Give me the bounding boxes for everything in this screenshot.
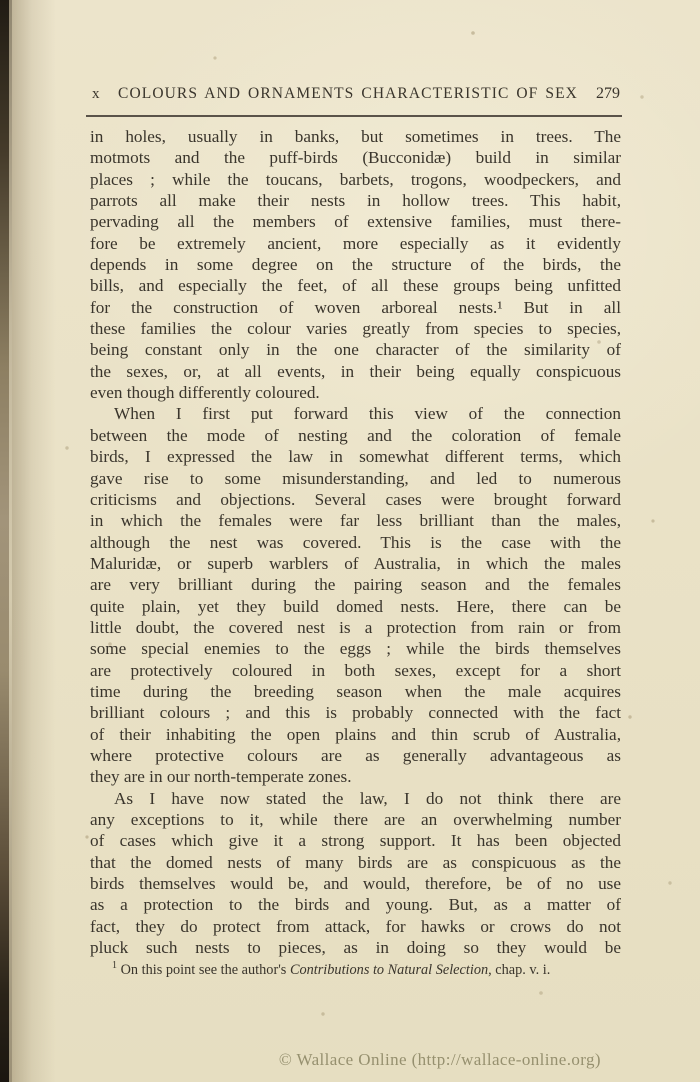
text-line: bills, and especially the feet, of all t…: [90, 275, 621, 296]
text-line: for the construction of woven arboreal n…: [90, 297, 621, 318]
text-line: motmots and the puff-birds (Bucconidæ) b…: [90, 147, 621, 168]
text-line: although the nest was covered. This is t…: [90, 532, 621, 553]
text-line: quite plain, yet they build domed nests.…: [90, 596, 621, 617]
paper-specks: [0, 0, 2, 2]
text-line: some special enemies to the eggs ; while…: [90, 638, 621, 659]
text-line: even though differently coloured.: [90, 382, 621, 403]
text-line: that the domed nests of many birds are a…: [90, 852, 621, 873]
book-binding-edge: [0, 0, 9, 1082]
text-line: criticisms and objections. Several cases…: [90, 489, 621, 510]
text-line: brilliant colours ; and this is probably…: [90, 702, 621, 723]
scanned-book-page: x COLOURS AND ORNAMENTS CHARACTERISTIC O…: [0, 0, 700, 1082]
chapter-numeral: x: [92, 86, 100, 103]
text-line: as a protection to the birds and young. …: [90, 894, 621, 915]
text-line: pervading all the members of extensive f…: [90, 211, 621, 232]
text-line: where protective colours are as generall…: [90, 745, 621, 766]
text-line: the sexes, or, at all events, in their b…: [90, 361, 621, 382]
text-line: in which the females were far less brill…: [90, 510, 621, 531]
footnote-work-title: Contributions to Natural Selection: [290, 962, 488, 978]
text-line: birds, I expressed the law in somewhat d…: [90, 446, 621, 467]
text-line: When I first put forward this view of th…: [90, 403, 621, 424]
text-line: time during the breeding season when the…: [90, 681, 621, 702]
text-line: fore be extremely ancient, more especial…: [90, 233, 621, 254]
text-line: gave rise to some misunderstanding, and …: [90, 468, 621, 489]
text-line: being constant only in the one character…: [90, 339, 621, 360]
text-line: birds themselves would be, and would, th…: [90, 873, 621, 894]
text-line: of cases which give it a strong support.…: [90, 830, 621, 851]
text-line: between the mode of nesting and the colo…: [90, 425, 621, 446]
text-line: any exceptions to it, while there are an…: [90, 809, 621, 830]
text-line: of their inhabiting the open plains and …: [90, 724, 621, 745]
text-line: As I have now stated the law, I do not t…: [90, 788, 621, 809]
body-text: in holes, usually in banks, but sometime…: [90, 126, 621, 958]
text-line: in holes, usually in banks, but sometime…: [90, 126, 621, 147]
text-line: are very brilliant during the pairing se…: [90, 574, 621, 595]
text-line: they are in our north-temperate zones.: [90, 766, 621, 787]
page-number: 279: [596, 85, 620, 103]
text-line: depends in some degree on the structure …: [90, 254, 621, 275]
text-line: are protectively coloured in both sexes,…: [90, 660, 621, 681]
running-title: COLOURS AND ORNAMENTS CHARACTERISTIC OF …: [100, 85, 596, 103]
text-line: little doubt, the covered nest is a prot…: [90, 617, 621, 638]
text-line: these families the colour varies greatly…: [90, 318, 621, 339]
running-head: x COLOURS AND ORNAMENTS CHARACTERISTIC O…: [92, 85, 620, 103]
header-rule: [86, 115, 622, 117]
text-line: places ; while the toucans, barbets, tro…: [90, 169, 621, 190]
footnote-text-after: , chap. v. i.: [488, 962, 550, 978]
text-line: parrots all make their nests in hollow t…: [90, 190, 621, 211]
gutter-shadow: [12, 0, 56, 1082]
watermark: © Wallace Online (http://wallace-online.…: [279, 1050, 601, 1070]
footnote: 1 On this point see the author's Contrib…: [92, 956, 620, 980]
text-line: Maluridæ, or superb warblers of Australi…: [90, 553, 621, 574]
text-line: fact, they do protect from attack, for h…: [90, 916, 621, 937]
footnote-text: On this point see the author's: [117, 962, 290, 978]
